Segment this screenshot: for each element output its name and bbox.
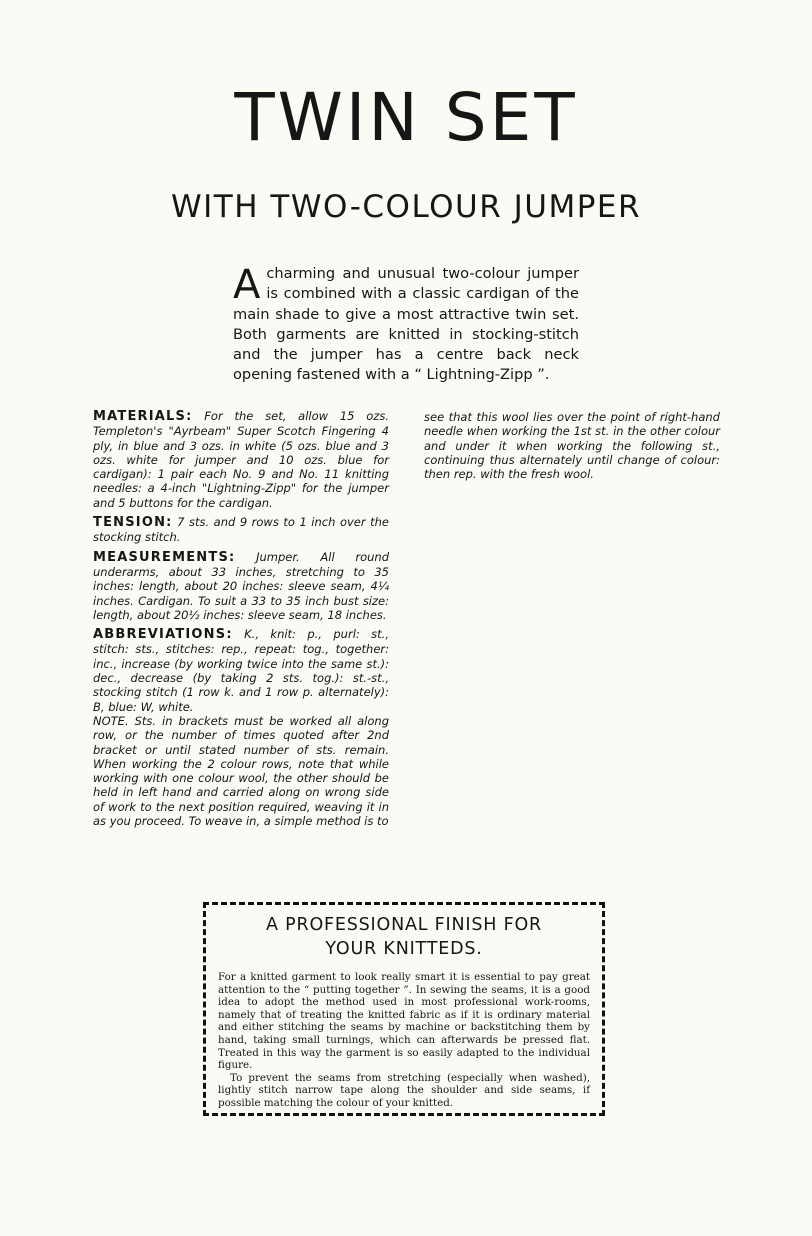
note-paragraph: NOTE. Sts. in brackets must be worked al… xyxy=(93,714,389,828)
intro-text: charming and unusual two-colour jumper i… xyxy=(233,265,579,383)
box-paragraph-1: For a knitted garment to look really sma… xyxy=(218,971,590,1072)
page-title: TWIN SET xyxy=(0,78,812,158)
abbreviations-heading: ABBREVIATIONS: xyxy=(93,627,233,642)
materials-text: For the set, allow 15 ozs. Templeton's "… xyxy=(93,409,389,510)
intro-paragraph: A charming and unusual two-colour jumper… xyxy=(233,264,579,386)
note-continued-paragraph: see that this wool lies over the point o… xyxy=(424,410,720,481)
abbreviations-section: ABBREVIATIONS: K., knit: p., purl: st., … xyxy=(93,627,389,714)
drop-cap: A xyxy=(233,268,260,302)
page-subtitle: WITH TWO-COLOUR JUMPER xyxy=(0,187,812,227)
box-paragraph-2: To prevent the seams from stretching (es… xyxy=(218,1072,590,1110)
box-title: A PROFESSIONAL FINISH FOR YOUR KNITTEDS. xyxy=(206,913,602,961)
right-column: see that this wool lies over the point o… xyxy=(424,410,720,486)
tension-heading: TENSION: xyxy=(93,515,173,530)
professional-finish-box: A PROFESSIONAL FINISH FOR YOUR KNITTEDS.… xyxy=(203,902,605,1116)
box-body: For a knitted garment to look really sma… xyxy=(218,971,590,1110)
measurements-section: MEASUREMENTS: Jumper. All round underarm… xyxy=(93,550,389,622)
box-title-line-1: A PROFESSIONAL FINISH FOR xyxy=(206,913,602,937)
box-title-line-2: YOUR KNITTEDS. xyxy=(206,937,602,961)
measurements-heading: MEASUREMENTS: xyxy=(93,550,235,565)
materials-heading: MATERIALS: xyxy=(93,409,193,424)
tension-section: TENSION: 7 sts. and 9 rows to 1 inch ove… xyxy=(93,515,389,545)
materials-section: MATERIALS: For the set, allow 15 ozs. Te… xyxy=(93,409,389,510)
left-column: MATERIALS: For the set, allow 15 ozs. Te… xyxy=(93,409,389,833)
